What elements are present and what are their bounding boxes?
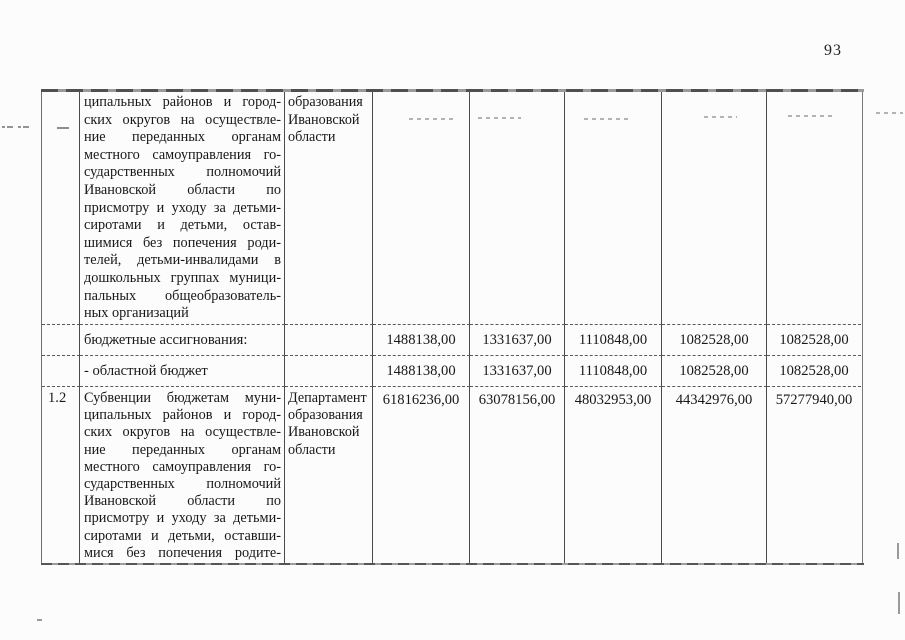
scan-artifact — [57, 127, 69, 129]
department-line: образования — [288, 407, 371, 424]
description-line: сударственных полномочий — [84, 476, 281, 493]
description-line: мися без попечения родите- — [84, 545, 281, 562]
cell-value: 1331637,00 — [470, 325, 565, 356]
table-bottom-border — [41, 563, 864, 565]
scan-artifact — [788, 115, 835, 117]
cell-value: 1331637,00 — [470, 356, 565, 387]
scan-artifact — [37, 619, 42, 621]
cell-value: 63078156,00 — [470, 387, 565, 563]
description-line: ние переданных органам — [84, 129, 281, 147]
description-line: телей, детьми-инвалидами в — [84, 252, 281, 270]
description-line: присмотру и уходу за детьми- — [84, 510, 281, 527]
description-line: сиротами и детьми, остав- — [84, 217, 281, 235]
cell-value: 1082528,00 — [662, 325, 767, 356]
description-line: ских округов на осуществле- — [84, 112, 281, 130]
page-number: 93 — [824, 42, 842, 60]
cell-row-number: 1.2 — [42, 387, 80, 563]
scanned-document-page: 93 ципальных районов и город- ских округ… — [0, 0, 905, 640]
scan-artifact — [704, 116, 737, 118]
cell-value: 1082528,00 — [767, 325, 861, 356]
scan-artifact — [409, 118, 453, 120]
budget-table: ципальных районов и город- ских округов … — [41, 92, 863, 563]
description-line: пальных общеобразователь- — [84, 288, 281, 306]
description-line: сударственных полномочий — [84, 164, 281, 182]
department-line: Департамент — [288, 390, 371, 407]
description-line: Ивановской области по — [84, 182, 281, 200]
cell-value: 61816236,00 — [373, 387, 470, 563]
cell-value: 44342976,00 — [662, 387, 767, 563]
cell-value — [662, 92, 767, 325]
cell-value: 48032953,00 — [565, 387, 662, 563]
cell-value: 57277940,00 — [767, 387, 861, 563]
cell-department: Департамент образования Ивановской облас… — [285, 387, 373, 563]
department-line: Ивановской — [288, 112, 371, 130]
description-line: ных организаций — [84, 305, 281, 323]
department-line: образования — [288, 94, 371, 112]
department-line: Ивановской — [288, 424, 371, 441]
cell-value: 1488138,00 — [373, 325, 470, 356]
cell-description: Субвенции бюджетам муни- ципальных район… — [80, 387, 285, 563]
description-line: шимися без попечения роди- — [84, 235, 281, 253]
scan-artifact — [876, 112, 903, 114]
cell-value — [767, 92, 861, 325]
cell-department — [285, 325, 373, 356]
cell-value: 1488138,00 — [373, 356, 470, 387]
description-line: присмотру и уходу за детьми- — [84, 200, 281, 218]
scan-artifact — [2, 126, 32, 128]
cell-value: 1110848,00 — [565, 356, 662, 387]
cell-value: 1110848,00 — [565, 325, 662, 356]
cell-value: 1082528,00 — [767, 356, 861, 387]
scan-artifact — [898, 592, 900, 614]
description-line: дошкольных группах муници- — [84, 270, 281, 288]
department-line: области — [288, 129, 371, 147]
cell-description: ципальных районов и город- ских округов … — [80, 92, 285, 325]
cell-label: - областной бюджет — [80, 356, 285, 387]
description-line: местного самоуправления го- — [84, 459, 281, 476]
description-line: ципальных районов и город- — [84, 94, 281, 112]
description-line: Субвенции бюджетам муни- — [84, 390, 281, 407]
cell-value: 1082528,00 — [662, 356, 767, 387]
description-line: ципальных районов и город- — [84, 407, 281, 424]
cell-department — [285, 356, 373, 387]
scan-artifact — [897, 543, 899, 559]
cell-value — [470, 92, 565, 325]
cell-row-number — [42, 356, 80, 387]
cell-value — [565, 92, 662, 325]
cell-row-number — [42, 325, 80, 356]
cell-value — [373, 92, 470, 325]
cell-department: образования Ивановской области — [285, 92, 373, 325]
description-line: ских округов на осуществле- — [84, 424, 281, 441]
description-line: сиротами и детьми, оставши- — [84, 528, 281, 545]
department-line: области — [288, 442, 371, 459]
description-line: Ивановской области по — [84, 493, 281, 510]
scan-artifact — [478, 117, 521, 119]
description-line: ние переданных органам — [84, 442, 281, 459]
description-line: местного самоуправления го- — [84, 147, 281, 165]
scan-artifact — [584, 118, 630, 120]
cell-label: бюджетные ассигнования: — [80, 325, 285, 356]
